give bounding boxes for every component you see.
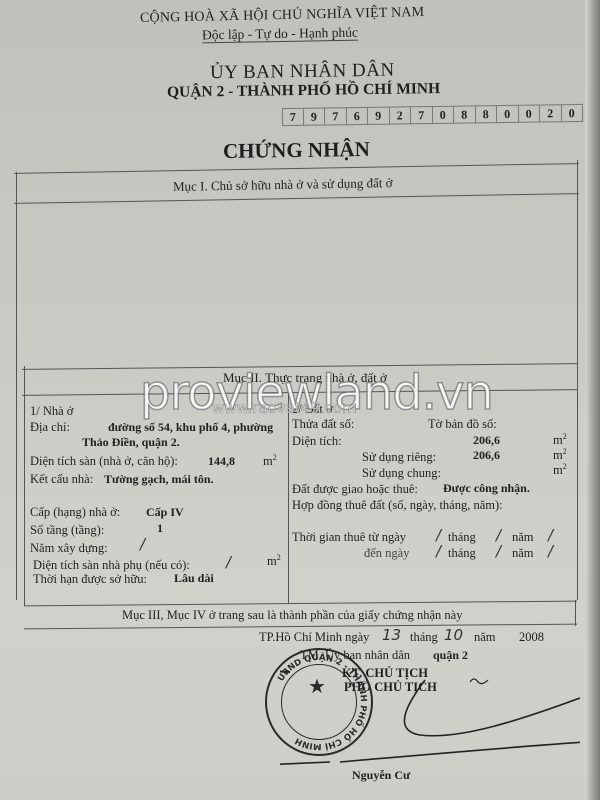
watermark-secondary: www.raovat49.com: [212, 399, 357, 417]
land-area-unit: m2: [553, 432, 567, 448]
ownership-term-value: Lâu dài: [174, 571, 214, 586]
page-edge: [585, 0, 600, 800]
aux-area-unit: m2: [267, 553, 281, 569]
document-title: CHỨNG NHẬN: [223, 137, 370, 164]
aux-area-label: Diện tích sàn nhà phụ (nếu có):: [33, 558, 190, 573]
floors-label: Số tầng (tầng):: [30, 523, 104, 538]
serial-digit: 8: [475, 105, 497, 123]
serial-digit: 7: [411, 106, 433, 124]
aux-area-value: /: [226, 553, 231, 571]
signature-icon: [280, 660, 580, 770]
serial-digit: 8: [454, 105, 476, 123]
land-area-label: Diện tích:: [292, 434, 342, 449]
serial-digit: 0: [561, 104, 583, 122]
grade-label: Cấp (hạng) nhà ở:: [30, 505, 120, 520]
shared-use-label: Sử dụng chung:: [362, 466, 441, 481]
private-use-unit: m2: [553, 447, 567, 463]
shared-use-unit: m2: [553, 462, 567, 478]
address-label: Địa chỉ:: [30, 420, 70, 435]
private-use-value: 206,6: [473, 448, 500, 463]
serial-digit: 2: [389, 106, 411, 124]
floors-value: 1: [157, 521, 163, 536]
floor-area-value: 144,8: [208, 454, 235, 469]
allocation-label: Đất được giao hoặc thuê:: [292, 482, 418, 497]
date-month-label: tháng: [410, 630, 438, 645]
house-heading: 1/ Nhà ở: [30, 404, 73, 419]
signer-name: Nguyễn Cư: [352, 768, 410, 783]
box-border-left: [16, 172, 17, 600]
year-built-value: /: [140, 535, 145, 553]
serial-digit: 6: [346, 107, 368, 125]
floor-area-unit: m2: [263, 453, 277, 469]
place-date-prefix: TP.Hồ Chí Minh ngày: [259, 630, 369, 645]
address-value: đường số 54, khu phố 4, phường: [108, 420, 273, 435]
structure-value: Tường gạch, mái tôn.: [104, 472, 214, 487]
serial-digit: 9: [368, 107, 390, 125]
serial-digit: 0: [432, 106, 454, 124]
land-area-value: 206,6: [473, 433, 500, 448]
lease-to-month-label: tháng: [448, 546, 476, 561]
lease-from-month-label: tháng: [448, 530, 476, 545]
lease-from-label: Thời gian thuê từ ngày: [292, 530, 406, 545]
allocation-value: Được công nhận.: [443, 481, 530, 496]
grade-value: Cấp IV: [146, 505, 184, 520]
year-built-label: Năm xây dựng:: [30, 541, 108, 556]
box-border-right: [577, 160, 578, 600]
private-use-label: Sử dụng riêng:: [362, 450, 436, 465]
serial-digit: 2: [540, 104, 562, 122]
lease-from-year-label: năm: [512, 530, 534, 545]
serial-digit: 7: [282, 108, 304, 126]
structure-label: Kết cấu nhà:: [30, 472, 93, 487]
national-slogan: Độc lập - Tự do - Hạnh phúc: [202, 25, 358, 44]
serial-digit: 0: [518, 104, 540, 122]
issuer-district: QUẬN 2 - THÀNH PHỐ HỒ CHÍ MINH: [167, 80, 440, 102]
lease-to-year: /: [548, 542, 553, 560]
lease-to-day: /: [436, 542, 441, 560]
serial-digit: 9: [303, 108, 325, 126]
address-value-line2: Thảo Điền, quận 2.: [82, 435, 180, 450]
box-border-left: [24, 366, 25, 606]
lease-to-year-label: năm: [512, 546, 534, 561]
column-divider: [288, 392, 289, 604]
date-year-label: năm: [474, 630, 496, 645]
lease-to-label: đến ngày: [364, 546, 409, 561]
lease-contract-label: Hợp đồng thuê đất (số, ngày, tháng, năm)…: [292, 498, 503, 513]
serial-digit: 7: [325, 107, 347, 125]
ownership-term-label: Thời hạn được sở hữu:: [33, 572, 147, 587]
section3-note: Mục III, Mục IV ở trang sau là thành phầ…: [122, 608, 463, 623]
box-border-right: [575, 600, 576, 626]
date-day: 13: [382, 626, 401, 644]
floor-area-label: Diện tích sàn (nhà ở, căn hộ):: [30, 454, 178, 469]
serial-digit: 0: [497, 105, 519, 123]
date-month: 10: [444, 626, 463, 644]
date-year: 2008: [519, 630, 544, 645]
lease-to-month: /: [496, 542, 501, 560]
